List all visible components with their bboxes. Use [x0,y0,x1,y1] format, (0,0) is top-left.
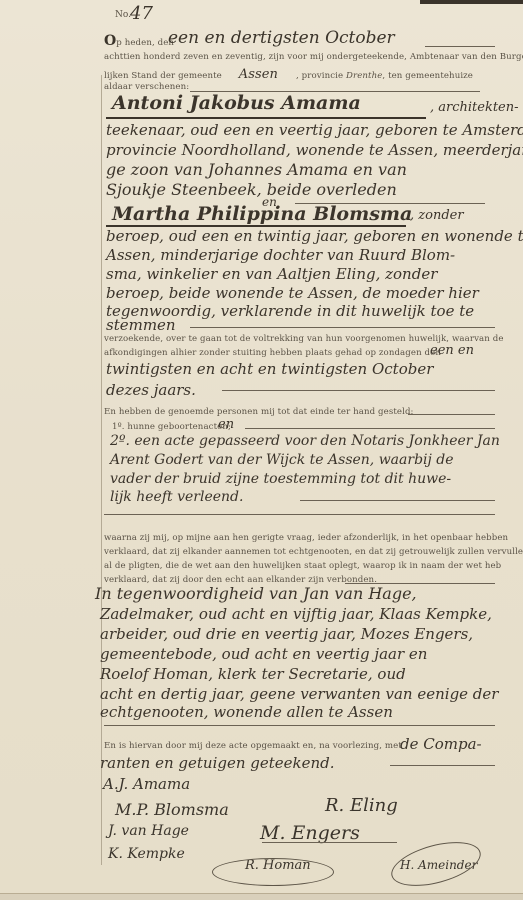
printed-line-4: aldaar verschenen: [104,82,189,92]
fill-line [104,514,495,515]
printed-line-3: lijken Stand der gemeente Assen, provinc… [104,67,473,82]
bride-line-2: beroep, oud een en twintig jaar, geboren… [106,227,523,245]
declaration-line-3: al de pligten, die de wet aan den huweli… [104,561,501,571]
bride-line-4: sma, winkelier en van Aaltjen Eling, zon… [106,265,437,283]
witnesses-line-2: Zadelmaker, oud acht en vijftig jaar, Kl… [100,605,492,623]
bride-line-7: stemmen [106,316,176,334]
witnesses-line-7: echtgenooten, wonende allen te Assen [100,703,393,721]
groom-line-4: ge zoon van Johannes Amama en van [106,160,407,179]
groom-line-1: , architekten- [430,100,519,115]
fill-line [390,765,495,766]
witnesses-line-1: In tegenwoordigheid van Jan van Hage, [95,584,417,603]
witnesses-line-3: arbeider, oud drie en veertig jaar, Moze… [100,625,473,643]
signature-van-hage: J. van Hage [108,823,189,839]
closing-printed: En is hiervan door mij deze acte opgemaa… [104,741,402,751]
signature-flourish [387,834,486,895]
documents-item-2a: 2º. een acte gepasseerd voor den Notaris… [110,433,500,449]
bans-handwritten-2: twintigsten en acht en twintigsten Octob… [106,360,433,378]
fill-line [425,46,495,47]
scan-edge [0,893,523,900]
dropcap: O [104,33,116,49]
bans-handwritten-1: een en [430,343,474,358]
witnesses-line-4: gemeentebode, oud acht en veertig jaar e… [100,645,427,663]
signature-flourish [212,858,334,886]
groom-line-3: provincie Noordholland, wonende te Assen… [106,141,523,159]
groom-line-5: Sjoukje Steenbeek, beide overleden [106,180,397,199]
signature-underline [262,842,397,843]
witnesses-line-5: Roelof Homan, klerk ter Secretarie, oud [100,665,406,683]
fill-line [408,414,495,415]
documents-item-1: 1º. hunne geboortenacten; [112,422,231,432]
number-label: No. [115,10,131,20]
groom-name: Antoni Jakobus Amama [112,92,361,114]
bride-line-3: Assen, minderjarige dochter van Ruurd Bl… [106,246,455,264]
signature-groom: A.J. Amama [103,775,190,793]
witnesses-line-6: acht en dertig jaar, geene verwanten van… [100,685,498,703]
left-margin-rule [101,75,102,865]
fill-line [245,428,495,429]
closing-handwritten-2: ranten en getuigen geteekend. [100,754,335,772]
province: Drenthe [346,71,382,81]
signature-kempke: K. Kempke [108,846,185,862]
municipality: Assen [225,67,296,82]
declaration-line-1: waarna zij mij, op mijne aan hen gerigte… [104,533,508,543]
fill-line [300,500,495,501]
signature-bride: M.P. Blomsma [115,800,229,819]
scan-edge [420,0,523,4]
documents-item-2b: Arent Godert van der Wijck te Assen, waa… [110,452,454,468]
documents-item-2c: vader der bruid zijne toestemming tot di… [110,471,451,487]
signature-eling: R. Eling [325,795,398,816]
date-handwritten: een en dertigsten October [168,28,395,48]
fill-line [104,725,495,726]
printed-line-2: achttien honderd zeven en zeventig, zijn… [104,52,523,62]
fill-line [222,390,495,391]
closing-handwritten-1: de Compa- [400,735,482,753]
fill-line [190,327,495,328]
bans-line-2: afkondigingen alhier zonder stuiting heb… [104,348,441,358]
bride-line-5: beroep, beide wonende te Assen, de moede… [106,284,479,302]
documents-intro: En hebben de genoemde personen mij tot d… [104,407,414,417]
documents-en: en [218,417,234,432]
groom-line-2: teekenaar, oud een en veertig jaar, gebo… [106,121,523,139]
certificate-number: 47 [130,3,153,24]
documents-item-2d: lijk heeft verleend. [110,489,243,505]
opening-line: Op heden, den [104,33,174,49]
signature-engers: M. Engers [260,822,360,844]
bride-line-1: , zonder [410,208,464,223]
bride-name: Martha Philippina Blomsma [112,203,412,225]
certificate-page: No. 47 Op heden, den een en dertigsten O… [0,0,523,900]
bans-handwritten-3: dezes jaars. [106,381,196,399]
declaration-line-2: verklaard, dat zij elkander aannemen tot… [104,547,523,557]
name-underline [106,117,426,119]
